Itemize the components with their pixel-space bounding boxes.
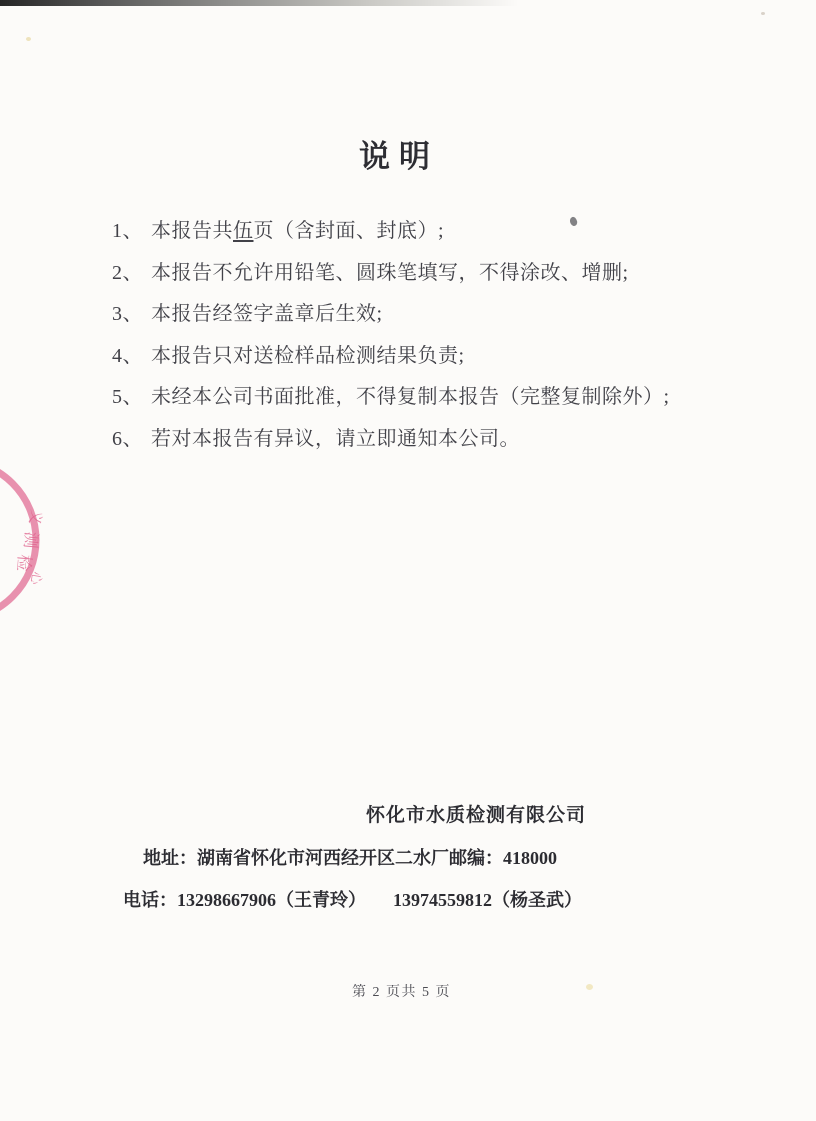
item-number: 3、	[112, 302, 151, 326]
seal-stamp-graphic: 义 测 检 心	[0, 462, 56, 618]
item-text: 页（含封面、封底）;	[254, 220, 445, 242]
list-item: 6、若对本报告有异议，请立即通知本公司。	[112, 427, 712, 451]
address-label: 地址：	[143, 848, 197, 868]
phone-primary: 13298667906（王青玲）	[177, 890, 366, 910]
dust-speck	[761, 12, 765, 15]
document-page: 说明 1、本报告共伍页（含封面、封底）; 2、本报告不允许用铅笔、圆珠笔填写，不…	[0, 0, 816, 1121]
company-name: 怀化市水质检测有限公司	[366, 800, 586, 827]
list-item: 2、本报告不允许用铅笔、圆珠笔填写，不得涂改、增删;	[112, 261, 712, 285]
stamp-character: 心	[28, 570, 45, 586]
list-item: 4、本报告只对送检样品检测结果负责;	[112, 344, 712, 368]
item-number: 6、	[112, 427, 151, 451]
item-text: 本报告共	[151, 220, 233, 242]
company-phone: 电话：13298667906（王青玲）13974559812（杨圣武）	[123, 886, 582, 912]
partial-seal-stamp: 义 测 检 心	[0, 462, 56, 618]
item-text: 本报告不允许用铅笔、圆珠笔填写，不得涂改、增删;	[151, 262, 629, 284]
page-number: 第 2 页共 5 页	[352, 981, 451, 1001]
item-number: 1、	[112, 219, 151, 243]
address-value: 湖南省怀化市河西经开区二水厂邮编：418000	[197, 848, 557, 868]
list-item: 3、本报告经签字盖章后生效;	[112, 302, 712, 326]
item-text-underlined: 伍	[233, 220, 254, 242]
stamp-character: 检	[14, 554, 34, 573]
item-number: 4、	[112, 344, 151, 368]
phone-secondary: 13974559812（杨圣武）	[393, 890, 582, 910]
company-address: 地址：湖南省怀化市河西经开区二水厂邮编：418000	[143, 844, 557, 870]
item-text: 本报告只对送检样品检测结果负责;	[151, 345, 465, 367]
list-item: 5、未经本公司书面批准，不得复制本报告（完整复制除外）;	[112, 385, 712, 409]
scanner-edge-artifact	[0, 0, 540, 6]
item-text: 未经本公司书面批准，不得复制本报告（完整复制除外）;	[151, 386, 670, 408]
stamp-arc	[0, 462, 36, 618]
dust-speck	[26, 37, 31, 41]
notes-list: 1、本报告共伍页（含封面、封底）; 2、本报告不允许用铅笔、圆珠笔填写，不得涂改…	[112, 219, 712, 468]
item-number: 5、	[112, 385, 151, 409]
dust-speck	[586, 984, 593, 990]
item-text: 若对本报告有异议，请立即通知本公司。	[151, 428, 520, 450]
phone-label: 电话：	[123, 890, 177, 910]
list-item: 1、本报告共伍页（含封面、封底）;	[112, 219, 712, 243]
item-text: 本报告经签字盖章后生效;	[151, 303, 383, 325]
stamp-character: 测	[21, 531, 41, 550]
page-title: 说明	[359, 131, 439, 176]
stamp-character: 义	[25, 508, 44, 526]
item-number: 2、	[112, 261, 151, 285]
